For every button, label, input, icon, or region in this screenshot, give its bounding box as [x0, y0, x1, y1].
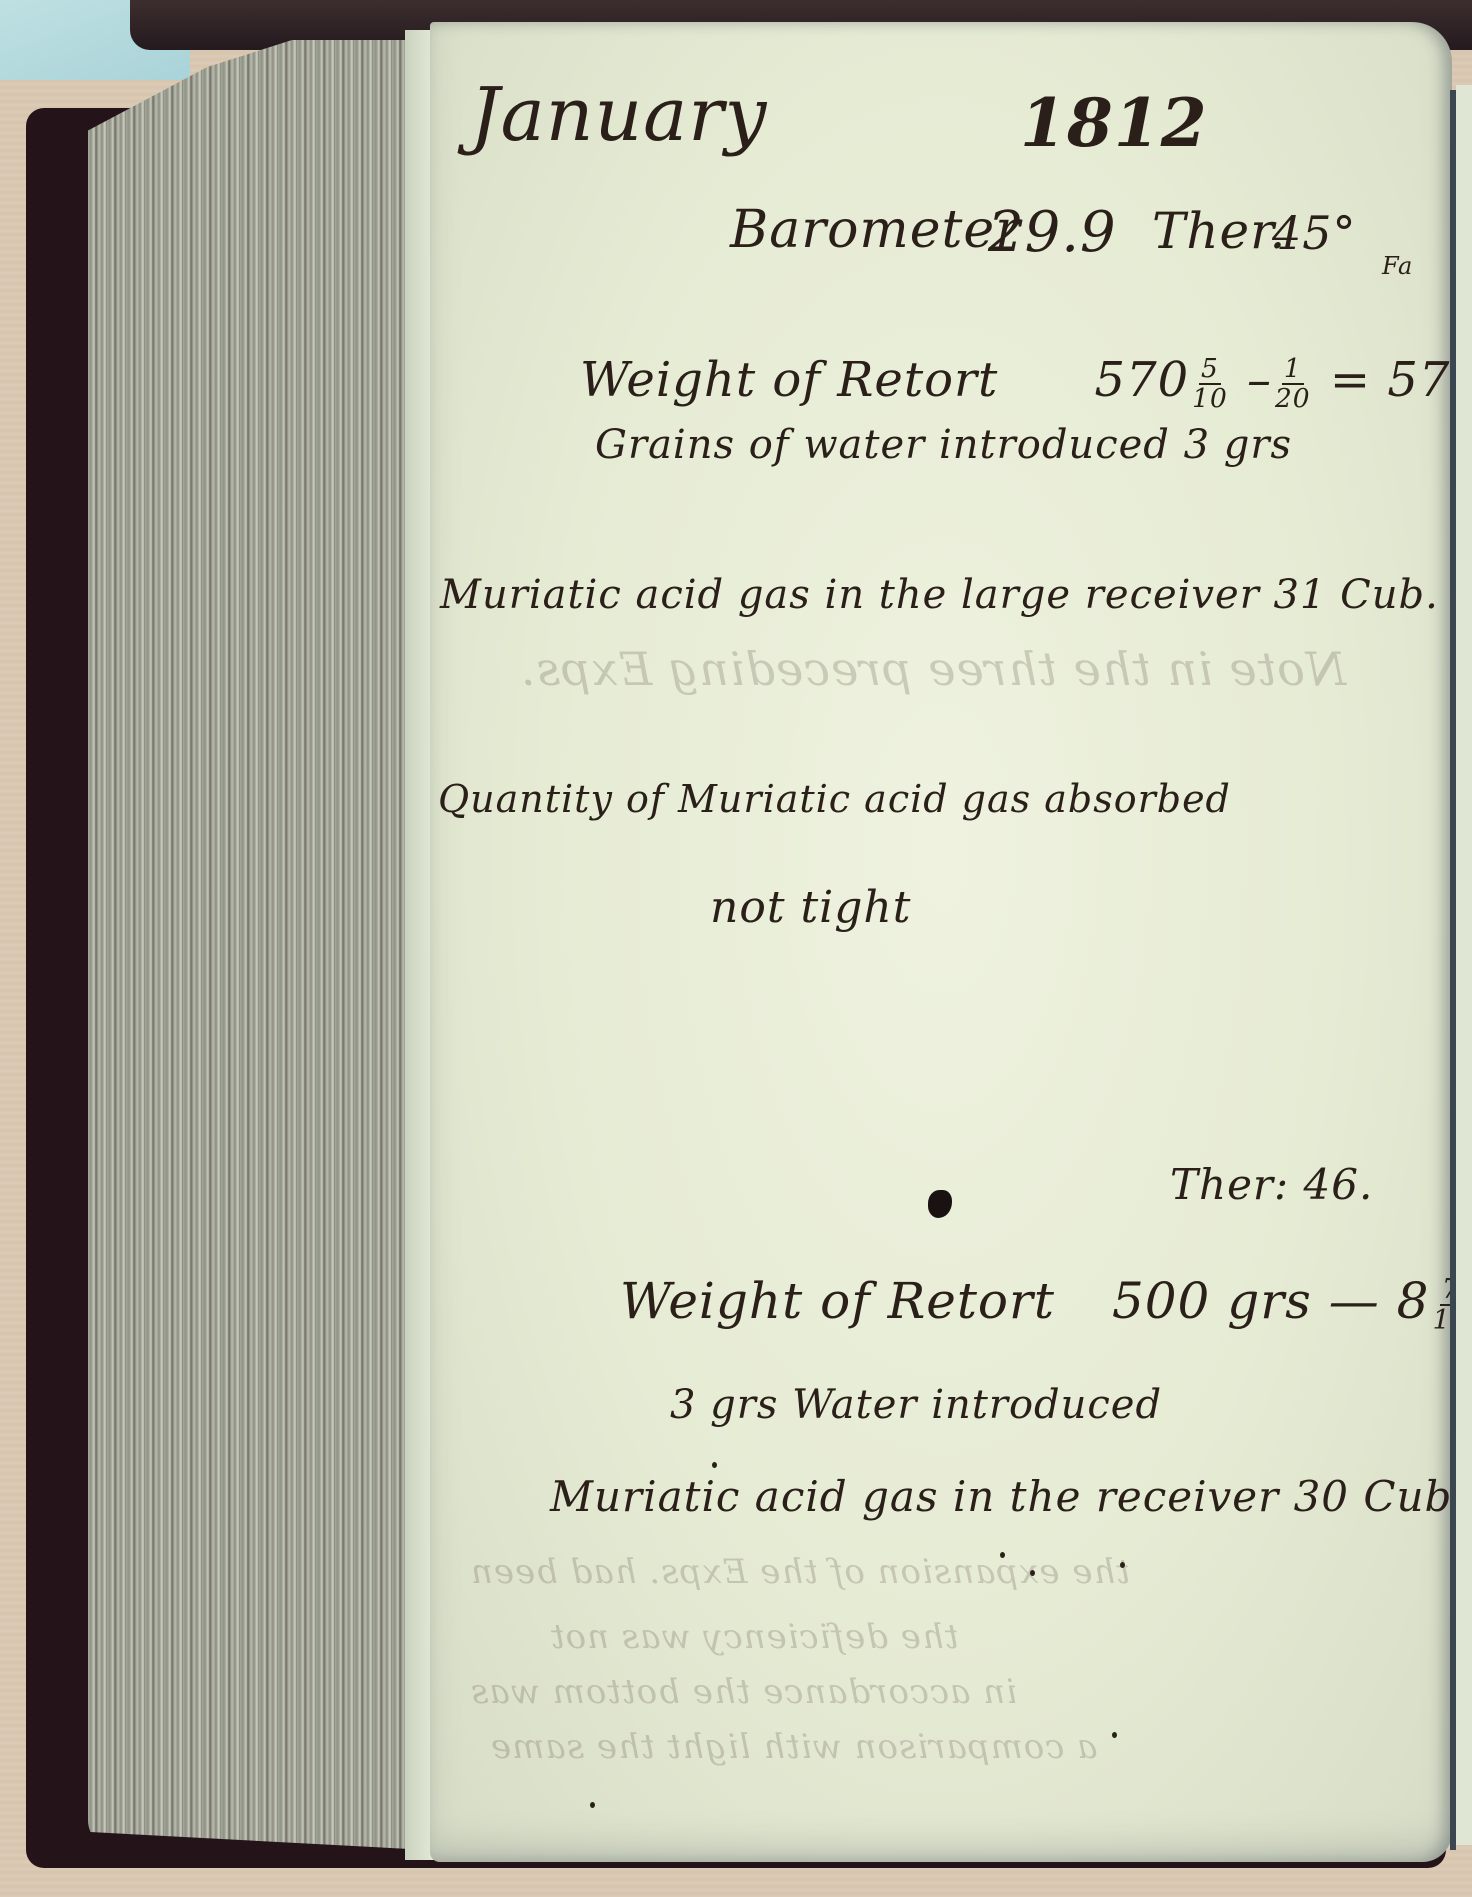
- retort-weight-line-2: Weight of Retort 500 grs — 8710=491310: [620, 1272, 1472, 1335]
- thermometer-label: Ther.: [1152, 202, 1286, 260]
- header-month: January: [470, 72, 767, 158]
- page-edges: [88, 40, 428, 1850]
- ink-speck: [712, 1462, 717, 1468]
- gas-absorbed-line: Quantity of Muriatic acid gas absorbed: [438, 777, 1231, 821]
- notebook-page: Note in the three preceding Exps. the ex…: [430, 22, 1452, 1862]
- bleed-through-line: Note in the three preceding Exps.: [520, 642, 1346, 696]
- gas-receiver-line-2: Muriatic acid gas in the receiver 30 Cub…: [550, 1472, 1467, 1521]
- not-tight-note: not tight: [710, 882, 911, 933]
- water-introduced-line-2: 3 grs Water introduced: [670, 1382, 1162, 1428]
- thermometer-line-2: Ther: 46.: [1170, 1160, 1373, 1209]
- gas-receiver-line: Muriatic acid gas in the large receiver …: [440, 572, 1472, 618]
- thermometer-suffix: Fa: [1382, 252, 1413, 280]
- ink-speck: [1030, 1570, 1035, 1576]
- retort-label-2: Weight of Retort: [620, 1272, 1055, 1330]
- ink-speck: [1112, 1732, 1117, 1738]
- ink-speck: [1000, 1552, 1005, 1558]
- water-introduced-line: Grains of water introduced 3 grs: [595, 422, 1292, 468]
- facing-page-edge: [1456, 85, 1472, 1845]
- bleed-through-line: a comparison with light the same: [490, 1727, 1097, 1767]
- barometer-value: 29.9: [988, 200, 1117, 265]
- thermometer-value: 45°: [1272, 206, 1357, 260]
- barometer-label: Barometer: [730, 200, 1021, 260]
- ink-speck: [590, 1802, 595, 1808]
- header-year: 1812: [1020, 84, 1208, 162]
- ink-speck: [1120, 1562, 1125, 1568]
- ink-blot: [928, 1190, 952, 1218]
- retort-label: Weight of Retort: [580, 352, 998, 408]
- bleed-through-line: in accordance the bottom was: [470, 1672, 1017, 1712]
- bleed-through-line: the deficiency was not: [550, 1617, 958, 1657]
- retort-value: 570510 –120 = 570920grs: [1095, 352, 1472, 408]
- retort-weight-line: Weight of Retort 570510 –120 = 570920grs: [580, 352, 1472, 412]
